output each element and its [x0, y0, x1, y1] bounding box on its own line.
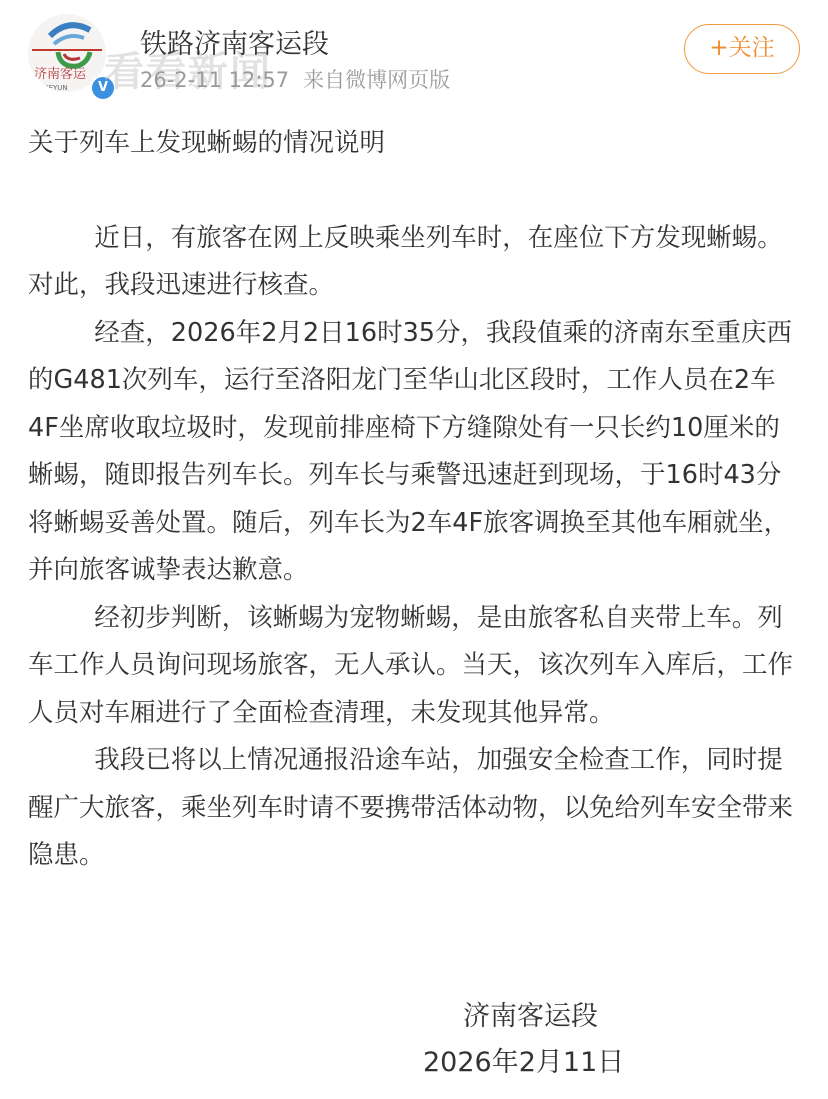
post-content: 关于列车上发现蜥蜴的情况说明 近日，有旅客在网上反映乘坐列车时，在座位下方发现蜥…	[28, 120, 804, 880]
post-source: 来自微博网页版	[303, 68, 450, 92]
follow-button[interactable]: +关注	[684, 24, 800, 74]
signature-org: 济南客运段	[463, 992, 598, 1042]
paragraph-4: 我段已将以上情况通报沿途车站，加强安全检查工作，同时提醒广大旅客，乘坐列车时请不…	[28, 737, 804, 880]
post-header: 济南客运 KEYUN V 看看新闻 铁路济南客运段 26-2-11 12:57来…	[0, 0, 828, 110]
post-timestamp: 26-2-11 12:57	[140, 68, 289, 92]
post-title: 关于列车上发现蜥蜴的情况说明	[28, 120, 804, 168]
svg-text:KEYUN: KEYUN	[44, 84, 68, 92]
paragraph-3: 经初步判断，该蜥蜴为宠物蜥蜴，是由旅客私自夹带上车。列车工作人员询问现场旅客，无…	[28, 595, 804, 738]
post-meta: 26-2-11 12:57来自微博网页版	[140, 64, 450, 94]
svg-text:济南客运: 济南客运	[34, 66, 87, 82]
paragraph-2: 经查，2026年2月2日16时35分，我段值乘的济南东至重庆西的G481次列车，…	[28, 310, 804, 595]
verified-badge-icon: V	[90, 75, 116, 101]
user-name[interactable]: 铁路济南客运段	[140, 22, 329, 61]
signature-date: 2026年2月11日	[423, 1038, 624, 1088]
paragraph-1: 近日，有旅客在网上反映乘坐列车时，在座位下方发现蜥蜴。对此，我段迅速进行核查。	[28, 215, 804, 310]
